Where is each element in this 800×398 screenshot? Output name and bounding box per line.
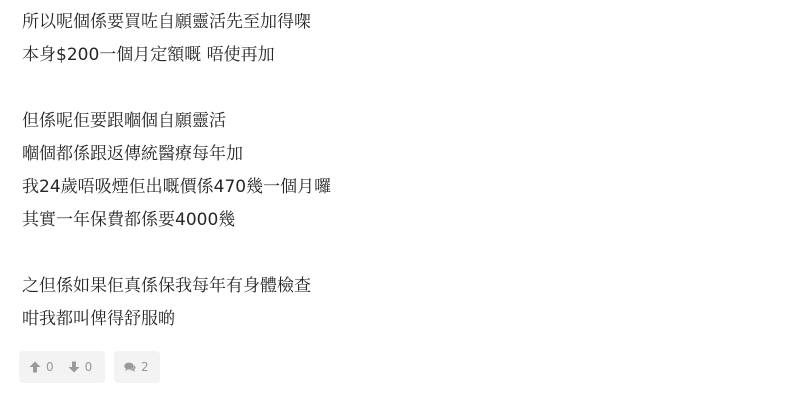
downvote-count: 0 xyxy=(85,360,93,374)
comment-count: 2 xyxy=(141,360,149,374)
post-line-blank xyxy=(22,237,331,270)
vote-box: 0 0 xyxy=(19,351,105,383)
post-actions: 0 0 2 xyxy=(19,351,160,383)
comments-button[interactable]: 2 xyxy=(114,351,160,383)
post-line: 咁我都叫俾得舒服啲 xyxy=(22,303,331,336)
post-line: 但係呢佢要跟嗰個自願靈活 xyxy=(22,105,331,138)
post-line: 我24歲唔吸煙佢出嘅價係470幾一個月囉 xyxy=(22,171,331,204)
post-line: 所以呢個係要買咗自願靈活先至加得㗎 xyxy=(22,6,331,39)
arrow-down-icon xyxy=(68,361,80,373)
downvote-button[interactable]: 0 xyxy=(68,360,93,374)
upvote-count: 0 xyxy=(46,360,54,374)
post-body: 所以呢個係要買咗自願靈活先至加得㗎 本身$200一個月定額嘅 唔使再加 但係呢佢… xyxy=(22,6,331,336)
upvote-button[interactable]: 0 xyxy=(29,360,54,374)
post-line: 之但係如果佢真係保我每年有身體檢查 xyxy=(22,270,331,303)
post-line: 本身$200一個月定額嘅 唔使再加 xyxy=(22,39,331,72)
arrow-up-icon xyxy=(29,361,41,373)
post-line: 嗰個都係跟返傳統醫療每年加 xyxy=(22,138,331,171)
post-line-blank xyxy=(22,72,331,105)
comment-icon xyxy=(124,361,136,373)
post-line: 其實一年保費都係要4000幾 xyxy=(22,204,331,237)
